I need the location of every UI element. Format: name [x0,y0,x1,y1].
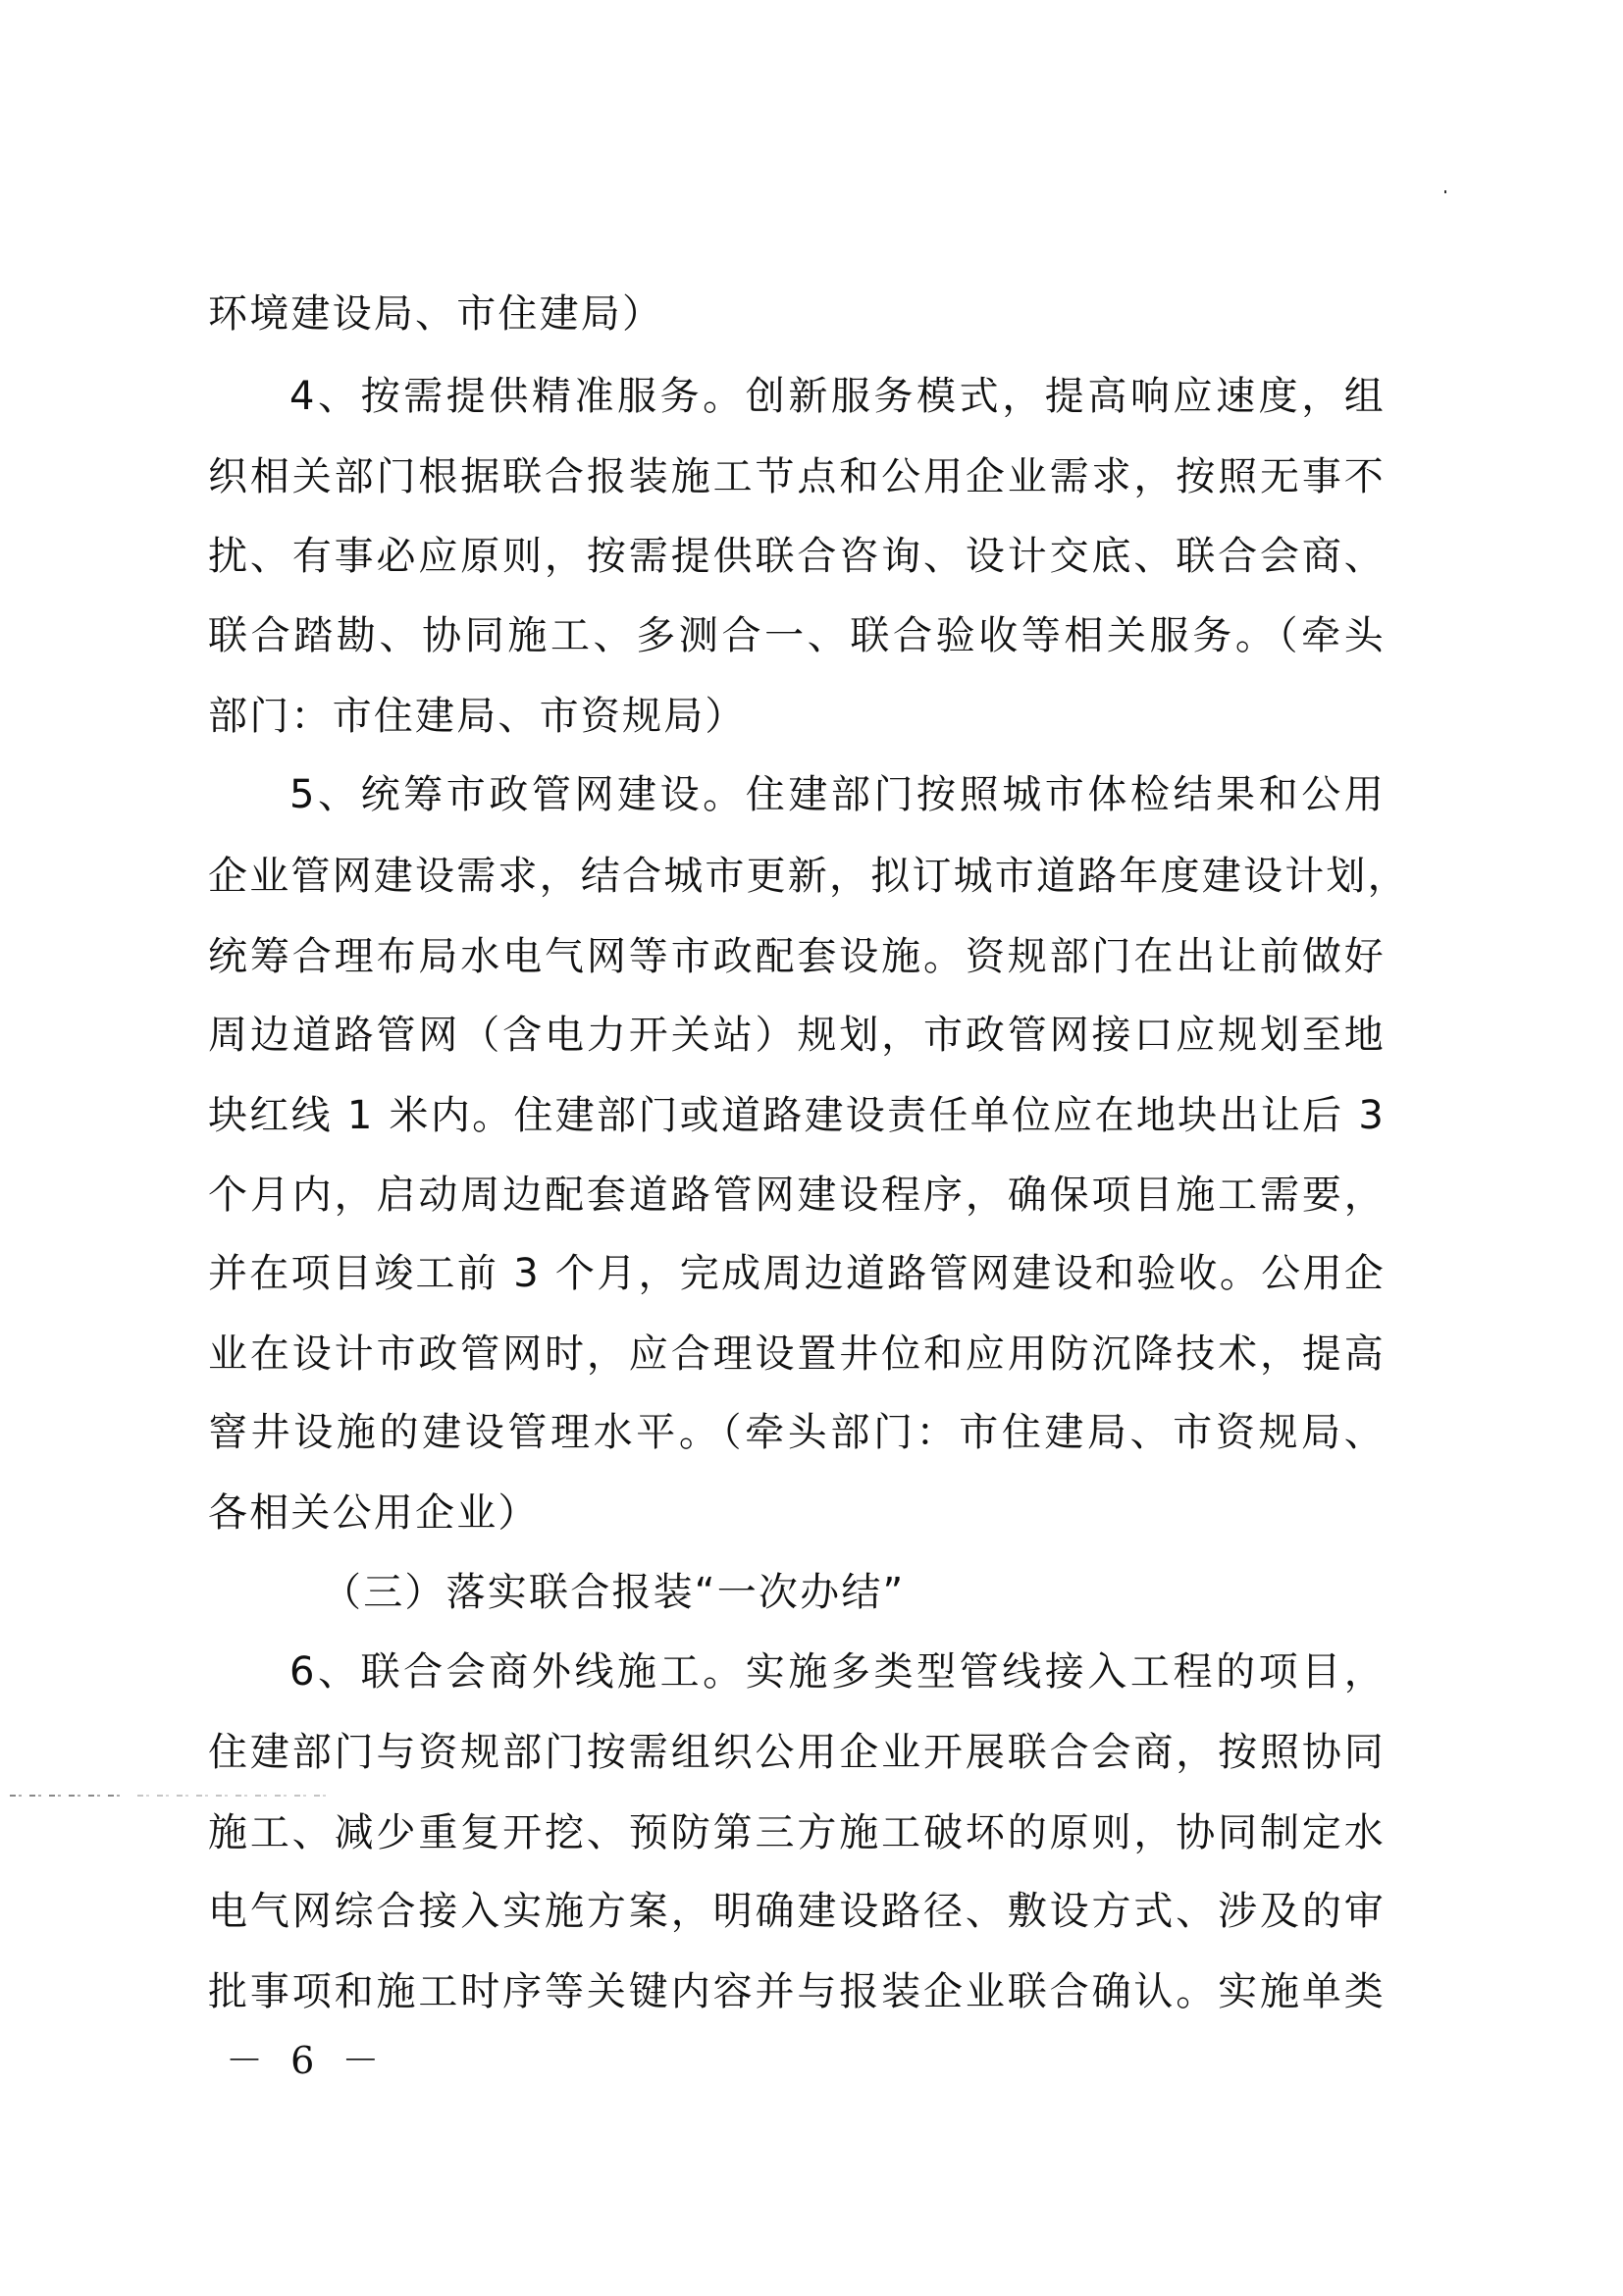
page-number: － 6 － [226,2031,387,2090]
text-line: 各相关公用企业） [208,1484,1386,1542]
text-line: 并在项目竣工前 3 个月，完成周边道路管网建设和验收。公用企 [208,1244,1386,1303]
text-line: 部门：市住建局、市资规局） [208,687,1386,746]
text-line: 个月内，启动周边配套道路管网建设程序，确保项目施工需要， [208,1166,1386,1225]
item-4-heading-line: 4、按需提供精准服务。创新服务模式，提高响应速度，组 [289,367,1386,426]
text-line: 联合踏勘、协同施工、多测合一、联合验收等相关服务。（牵头 [208,606,1386,665]
item-6-heading-line: 6、联合会商外线施工。实施多类型管线接入工程的项目， [289,1643,1386,1701]
document-page: 环境建设局、市住建局） 4、按需提供精准服务。创新服务模式，提高响应速度，组 织… [0,0,1623,2296]
item-5-heading-line: 5、统筹市政管网建设。住建部门按照城市体检结果和公用 [289,765,1386,824]
text-line: 块红线 1 米内。住建部门或道路建设责任单位应在地块出让后 3 [208,1086,1386,1145]
text-line: 企业管网建设需求，结合城市更新，拟订城市道路年度建设计划， [208,847,1386,906]
text-line: 织相关部门根据联合报装施工节点和公用企业需求，按照无事不 [208,447,1386,506]
text-line: 施工、减少重复开挖、预防第三方施工破坏的原则，协同制定水 [208,1803,1386,1862]
scan-artifact-line [137,1795,334,1797]
text-line: 业在设计市政管网时，应合理设置井位和应用防沉降技术，提高 [208,1325,1386,1383]
text-line: 住建部门与资规部门按需组织公用企业开展联合会商，按照协同 [208,1723,1386,1782]
text-line: 统筹合理布局水电气网等市政配套设施。资规部门在出让前做好 [208,927,1386,986]
text-line: 周边道路管网（含电力开关站）规划，市政管网接口应规划至地 [208,1006,1386,1065]
text-line: 扰、有事必应原则，按需提供联合咨询、设计交底、联合会商、 [208,527,1386,586]
scan-artifact-line [10,1795,128,1797]
text-line: 批事项和施工时序等关键内容并与报装企业联合确认。实施单类 [208,1962,1386,2021]
text-line: 窨井设施的建设管理水平。（牵头部门：市住建局、市资规局、 [208,1403,1386,1462]
text-line: 电气网综合接入实施方案，明确建设路径、敷设方式、涉及的审 [208,1882,1386,1941]
text-line: 环境建设局、市住建局） [208,285,1386,343]
scan-artifact-dot [1444,190,1446,193]
section-heading-3: （三）落实联合报装“一次办结” [322,1563,905,1622]
